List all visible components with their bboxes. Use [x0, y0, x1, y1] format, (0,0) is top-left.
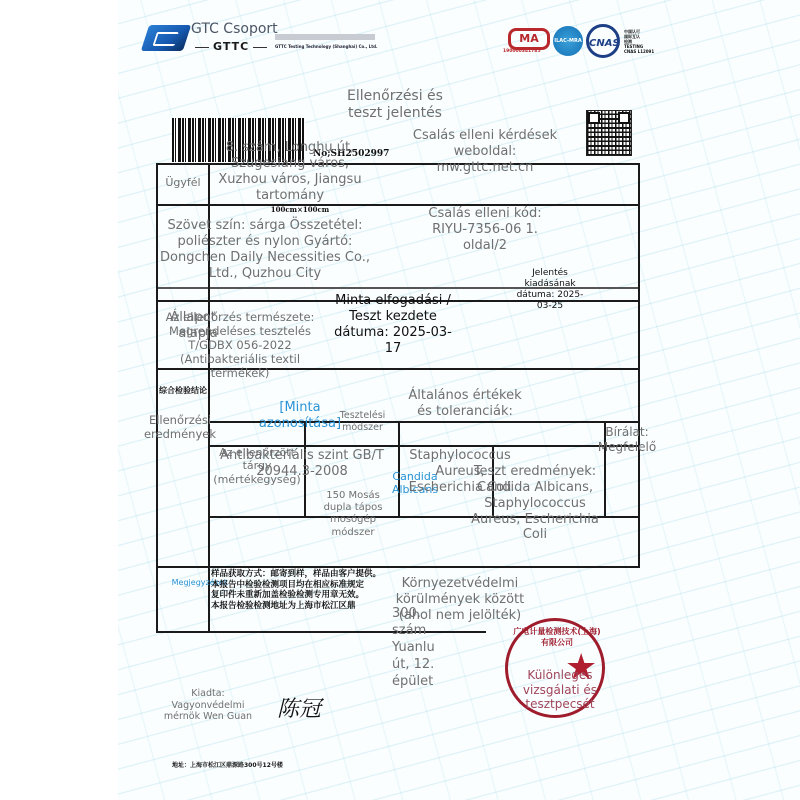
ilac-mra-icon: ILAC-MRA [553, 26, 583, 56]
notes-line: 本报告检验检测地址为上海市松江区鼎 [211, 601, 381, 612]
gtc-logo-icon [141, 25, 191, 51]
verdict: Bírálat: Megfelelő [592, 425, 662, 454]
cnas-cert-icon: CNAS [586, 24, 620, 58]
sample-details: Szövet szín: sárga Összetétel: poliészte… [160, 218, 370, 281]
anti-fraud-code: Csalás elleni kód: RIYU-7356-06 1. oldal… [410, 206, 560, 254]
antibacterial-standard: Antibakteriális szint GB/T 20944.3-2008 [212, 448, 392, 480]
sample-size: 100cm×100cm [250, 206, 350, 215]
brand-name: GTC Csoport [191, 21, 278, 37]
cma-number: 190000341785 [503, 49, 541, 54]
company-name-bar [275, 34, 375, 40]
test-method-label: Tesztelési módszer [330, 410, 395, 433]
table-border-left [156, 163, 158, 633]
stamp-ring-text: 广电计量检测技术(上海)有限公司 [512, 626, 602, 648]
notes-line: 本报告中检验检测项目均在相应标准规定 [211, 580, 381, 591]
report-title: Ellenőrzési és teszt jelentés [330, 88, 460, 122]
cnas-text: 中国认可 国际互认 检测 TESTING CNAS L12091 [624, 29, 654, 54]
general-values-label: Általános értékek és toleranciák: [405, 388, 525, 420]
company-english-name: GTTC Testing Technology (Shanghai) Co., … [275, 44, 378, 49]
cnas-line: CNAS L12091 [624, 49, 654, 54]
sample-accept-date: Minta elfogadási / Teszt kezdete dátuma:… [328, 293, 458, 356]
table-line [156, 566, 640, 568]
results-label: Ellenőrzési eredmények [140, 413, 220, 441]
wash-method: 150 Mosás dupla tápos mosógép módszer [318, 490, 388, 539]
cma-cert-icon: MA [508, 28, 550, 50]
address-fragment: 300. szám Yuanlu út, 12. épület [392, 606, 442, 690]
conclusion-label-cn: 综合检验结论 [158, 386, 208, 396]
notes-line: 样品获取方式：邮寄到样，样品由客户提供。 [211, 569, 381, 580]
table-border-right [638, 163, 640, 568]
notes-line: 复印件未重新加盖检验检测专用章无效。 [211, 590, 381, 601]
report-issue-date: Jelentés kiadásának dátuma: 2025-03-25 [510, 268, 590, 312]
table-line [156, 204, 640, 206]
footer-address: 地址：上海市松江区鼎源路300号12号楼 [172, 760, 283, 769]
anti-fraud-website[interactable]: Csalás elleni kérdések weboldal: mw.gttc… [410, 128, 560, 176]
notes-text-cn: 样品获取方式：邮寄到样，样品由客户提供。 本报告中检验检测项目均在相应标准规定 … [211, 569, 381, 611]
signature: 陈冠 [277, 692, 321, 723]
stamp-caption: Különleges vizsgálati és tesztpecsét [520, 668, 600, 712]
qr-code-icon[interactable] [586, 110, 632, 156]
brand-sub: GTTC [191, 40, 271, 53]
client-address: 8. szám, Longhu út, Szugesiang város, Xu… [210, 140, 370, 203]
inspection-nature: Az ellenőrzés természete: Megrendeléses … [160, 310, 320, 380]
issued-by: Kiadta: Vagyonvédelmi mérnök Wen Guan [158, 688, 258, 723]
test-results: Teszt eredmények: Candida Albicans, Stap… [470, 464, 600, 543]
client-label: Ügyfél [158, 176, 208, 189]
